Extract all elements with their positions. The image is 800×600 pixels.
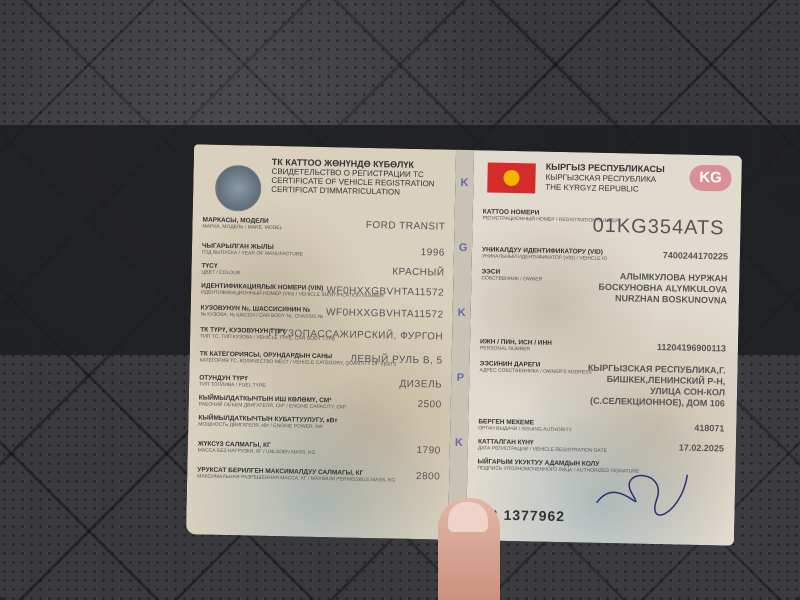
registration-number: 01KG354ATS	[592, 215, 724, 241]
field-row: ТҮСҮЦВЕТ / COLOURКРАСНЫЙ	[201, 262, 446, 280]
field-row: УНИКАЛДУУ ИДЕНТИФИКАТОРУ (VID)УНИКАЛЬНЫЙ…	[482, 246, 732, 264]
strip-letter: K	[455, 436, 463, 448]
field-row: ЖҮКСҮЗ САЛМАГЫ, КГМАССА БЕЗ НАГРУЗКИ, КГ…	[198, 440, 443, 458]
field-value: АЛЫМКУЛОВА НУРЖАН БОСКУНОВНА ALYMKULOVA …	[577, 270, 728, 306]
registration-certificate: ТК КАТТОО ЖӨНҮНДӨ КҮБӨЛҮК СВИДЕТЕЛЬСТВО …	[186, 144, 742, 545]
field-row: КЫЙМЫЛДАТКЫЧТЫН КУБАТТУУЛУГУ, кВтМОЩНОСТ…	[198, 414, 443, 432]
field-value: 1996	[421, 247, 445, 259]
right-page: КЫРГЫЗ РЕСПУБЛИКАСЫ КЫРГЫЗСКАЯ РЕСПУБЛИК…	[466, 150, 742, 546]
field-row: КАТТАЛГАН КҮНҮДАТА РЕГИСТРАЦИИ / VEHICLE…	[478, 438, 728, 456]
field-row: ЧЫГАРЫЛГАН ЖЫЛЫГОД ВЫПУСКА / YEAR OF MAN…	[202, 242, 447, 260]
field-value: 1790	[416, 445, 440, 457]
field-value: ДИЗЕЛЬ	[399, 379, 442, 391]
field-row: ТК ТҮРҮ, КУЗОВУНУН ТҮРҮТИП ТС, ТИП КУЗОВ…	[200, 326, 445, 344]
field-value: КРАСНЫЙ	[392, 266, 444, 278]
field-row: ОТУНДУН ТҮРҮТИП ТОПЛИВА / FUEL TYPEДИЗЕЛ…	[199, 374, 444, 392]
field-value: FORD TRANSIT	[366, 220, 446, 233]
kg-badge: KG	[689, 165, 732, 192]
hologram-icon	[215, 165, 262, 212]
strip-letter: P	[457, 371, 465, 383]
field-value: ЛЕВЫЙ РУЛЬ B, 5	[350, 354, 443, 367]
country-title: КЫРГЫЗ РЕСПУБЛИКАСЫ КЫРГЫЗСКАЯ РЕСПУБЛИК…	[545, 162, 665, 195]
field-row: ИЖН / ПИН, ИСН / ИННPERSONAL NUMBER11204…	[480, 338, 730, 356]
field-value: 2800	[416, 471, 440, 483]
field-row: КУЗОВУНУН №, ШАССИСИНИН №№ КУЗОВА, № ШАС…	[201, 304, 446, 322]
strip-letter: G	[459, 241, 468, 253]
field-row: ИДЕНТИФИКАЦИЯЛЫК НОМЕРИ (VIN)ИДЕНТИФИКАЦ…	[201, 282, 446, 300]
signature	[586, 463, 697, 525]
field-row: БЕРГЕН МЕКЕМЕОРГАН ВЫДАЧИ / ISSUING AUTH…	[478, 418, 728, 436]
field-row: УРУКСАТ БЕРИЛГЕН МАКСИМАЛДУУ САЛМАГЫ, КГ…	[197, 466, 442, 484]
field-value: КЫРГЫЗСКАЯ РЕСПУБЛИКА,Г. БИШКЕК,ЛЕНИНСКИ…	[575, 362, 726, 409]
left-page: ТК КАТТОО ЖӨНҮНДӨ КҮБӨЛҮК СВИДЕТЕЛЬСТВО …	[186, 144, 456, 539]
field-row: МАРКАСЫ, МОДЕЛИМАРКА, МОДЕЛЬ / MAKE, MOD…	[202, 216, 447, 234]
field-row: ТК КАТЕГОРИЯСЫ, ОРУНДАРДЫН САНЫКАТЕГОРИЯ…	[200, 350, 445, 368]
thumbnail	[448, 502, 488, 532]
field-row: ЭЭСИСОБСТВЕННИК / OWNERАЛЫМКУЛОВА НУРЖАН…	[481, 268, 731, 286]
strip-letter: K	[458, 306, 466, 318]
kyrgyz-flag-icon	[487, 162, 536, 193]
certificate-title: ТК КАТТОО ЖӨНҮНДӨ КҮБӨЛҮК СВИДЕТЕЛЬСТВО …	[271, 158, 435, 197]
field-value: 2500	[417, 399, 441, 411]
strip-letter: K	[460, 176, 468, 188]
field-row: КЫЙМЫЛДАТКЫЧТЫН ИШ КӨЛӨМҮ, СМ³РАБОЧИЙ ОБ…	[199, 394, 444, 412]
country-en: THE KYRGYZ REPUBLIC	[545, 183, 639, 194]
title-fr: CERTIFICAT D'IMMATRICULATION	[271, 185, 400, 197]
field-row: ЭЭСИНИН ДАРЕГИАДРЕС СОБСТВЕННИКА / OWNER…	[479, 360, 729, 378]
